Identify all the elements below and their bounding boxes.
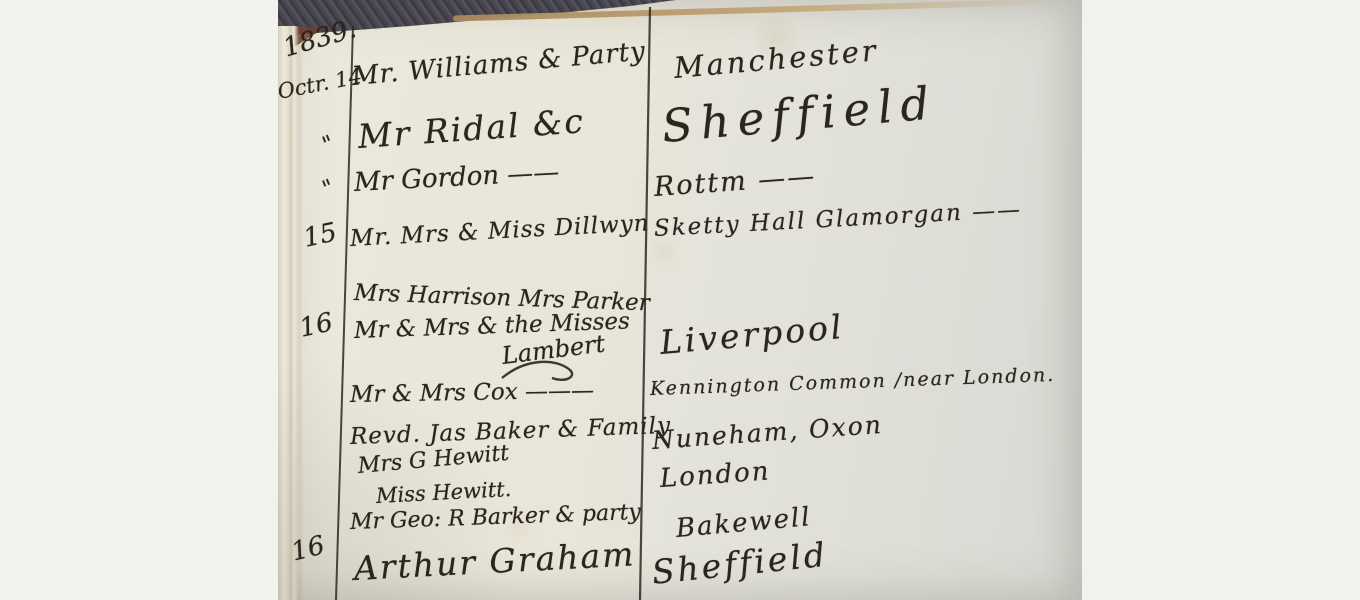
entry-place: London bbox=[659, 458, 771, 492]
register-photo: 1839. Octr. 14 " " 15 16 16 Mr. Williams… bbox=[278, 0, 1082, 600]
backdrop: 1839. Octr. 14 " " 15 16 16 Mr. Williams… bbox=[0, 0, 1360, 600]
entry-date: 15 bbox=[301, 219, 339, 251]
entry-date: 16 bbox=[289, 532, 327, 565]
entry-name: Mr & Mrs Cox ——— bbox=[350, 380, 594, 407]
entry-date: 16 bbox=[297, 309, 335, 341]
